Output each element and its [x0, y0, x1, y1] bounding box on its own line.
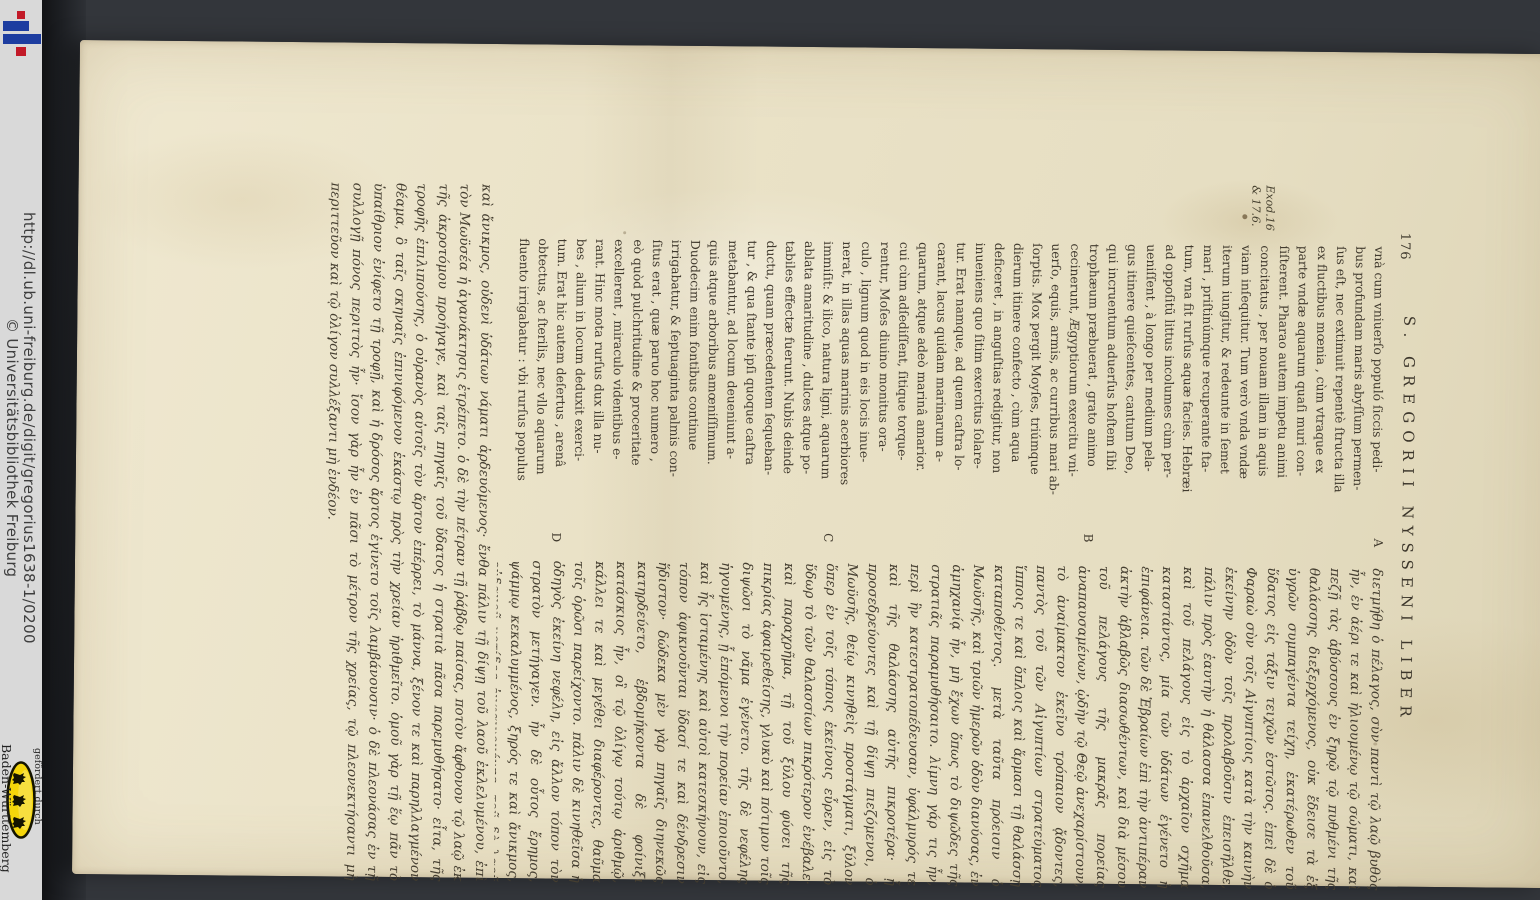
funding-region: Baden-Württemberg — [0, 744, 14, 873]
digitized-book-viewer: http://dl.ub.uni-freiburg.de/digit/grego… — [0, 0, 1540, 900]
greek-text-column: διετμήθη ὁ πέλαγος, σὺν παντὶ τῷ λαῷ βυθ… — [494, 560, 1387, 891]
logo-blue-bar-long — [3, 34, 41, 44]
ub-freiburg-logo — [0, 0, 42, 62]
source-url: http://dl.ub.uni-freiburg.de/digit/grego… — [20, 212, 38, 644]
scanned-page: 176 S. GREGORII NYSSENI LIBER Exod.16 & … — [72, 40, 1540, 888]
running-title: S. GREGORII NYSSENI LIBER — [1396, 255, 1419, 785]
latin-text-column: vnà cum vniuerſo populó ſiccis pedi- bus… — [511, 238, 1388, 558]
logo-blue-bar-short — [3, 21, 29, 31]
logo-red-square-top — [17, 11, 25, 19]
logo-red-square-bottom — [16, 47, 26, 56]
section-letter-c: C — [821, 533, 835, 542]
library-sidebar: http://dl.ub.uni-freiburg.de/digit/grego… — [0, 0, 42, 900]
section-letter-b: B — [1081, 534, 1095, 543]
section-letter-d: D — [549, 533, 563, 543]
page-content-rotated: 176 S. GREGORII NYSSENI LIBER Exod.16 & … — [292, 174, 1435, 891]
margin-note-exodus: Exod.16 & 17.6. — [1248, 185, 1277, 241]
section-letter-a: A — [1371, 538, 1385, 547]
copyright-notice: © Universitätsbibliothek Freiburg — [3, 318, 21, 577]
greek-text-continuation: καὶ ἄνικμος, οὐδενὶ ὑδάτων νάματι ἀρδευό… — [314, 182, 497, 882]
